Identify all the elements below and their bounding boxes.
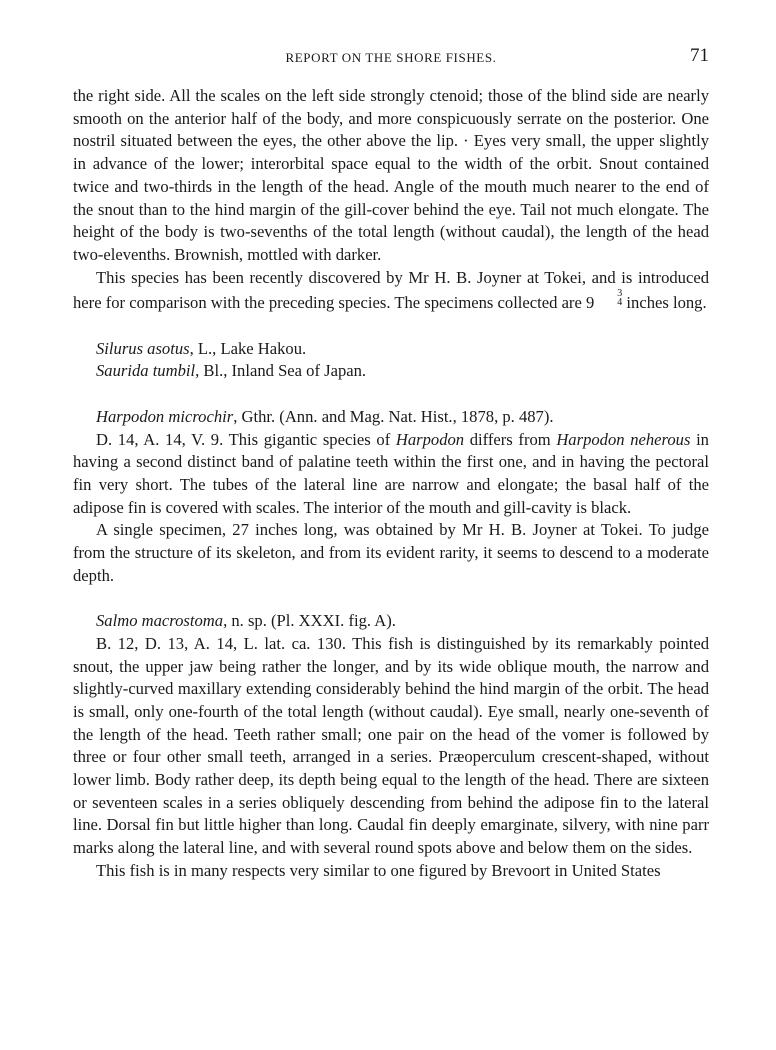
running-head: REPORT ON THE SHORE FISHES. 71 xyxy=(73,45,709,69)
paragraph-harpodon-specimen: A single specimen, 27 inches long, was o… xyxy=(73,519,709,587)
paragraph-discovery: This species has been recently discovere… xyxy=(73,267,709,315)
paragraph-harpodon-description: D. 14, A. 14, V. 9. This gigantic specie… xyxy=(73,429,709,520)
fraction: 34 xyxy=(594,289,622,307)
species-heading-harpodon: Harpodon microchir, Gthr. (Ann. and Mag.… xyxy=(96,406,709,429)
paragraph-continuation: the right side. All the scales on the le… xyxy=(73,85,709,267)
species-name: Saurida tumbil xyxy=(96,361,195,380)
species-entry: Silurus asotus, L., Lake Hakou. xyxy=(96,338,709,361)
species-list: Silurus asotus, L., Lake Hakou. Saurida … xyxy=(96,338,709,383)
running-title: REPORT ON THE SHORE FISHES. xyxy=(73,50,709,66)
species-name: Silurus asotus xyxy=(96,339,190,358)
species-name: Harpodon microchir xyxy=(96,407,233,426)
species-heading-salmo: Salmo macrostoma, n. sp. (Pl. XXXI. fig.… xyxy=(96,610,709,633)
species-entry: Saurida tumbil, Bl., Inland Sea of Japan… xyxy=(96,360,709,383)
paragraph-salmo-description: B. 12, D. 13, A. 14, L. lat. ca. 130. Th… xyxy=(73,633,709,860)
discovery-text-after: inches long. xyxy=(622,293,706,312)
section-gap xyxy=(73,587,709,610)
species-name: Salmo macrostoma xyxy=(96,611,223,630)
page-number: 71 xyxy=(690,45,709,67)
paragraph-salmo-comparison: This fish is in many respects very simil… xyxy=(73,860,709,883)
body-text: the right side. All the scales on the le… xyxy=(73,85,709,883)
